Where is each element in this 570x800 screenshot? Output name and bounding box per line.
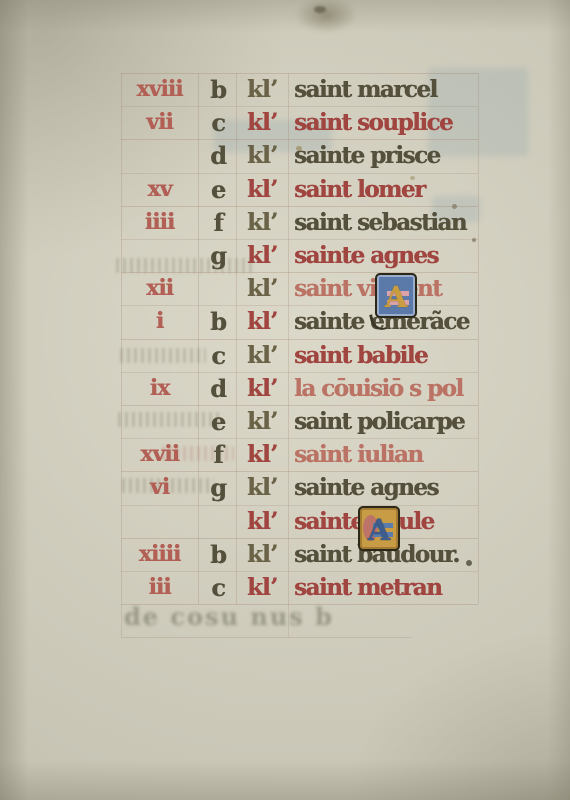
- calendar-row: d klʼ sainte prisce: [0, 139, 570, 173]
- calendar-row: iiii f klʼ saint sebastian: [0, 206, 570, 240]
- kalends-abbreviation: klʼ: [247, 505, 277, 538]
- dominical-letter: c: [198, 106, 238, 139]
- golden-number: vi: [121, 471, 198, 504]
- dominical-letter: f: [198, 206, 238, 239]
- kalends-abbreviation: klʼ: [247, 139, 277, 172]
- kalends-abbreviation: klʼ: [247, 272, 277, 305]
- golden-number: xviii: [121, 73, 198, 106]
- calendar-row: ix d klʼ la cōuisiō s pol: [0, 372, 570, 406]
- kalends-abbreviation: klʼ: [247, 372, 277, 405]
- illuminated-initial: A: [375, 273, 417, 318]
- golden-number: xiiii: [121, 538, 198, 571]
- dominical-letter: e: [198, 173, 238, 206]
- stain-dot-top: [314, 6, 326, 13]
- feast-name: saint souplice: [294, 106, 452, 139]
- feast-name: saint policarpe: [294, 405, 464, 438]
- feast-name: saint metran: [294, 571, 441, 604]
- calendar-row: xiiii b klʼ saint baudour.: [0, 538, 570, 572]
- feast-name: sainte prisce: [294, 139, 440, 172]
- calendar-row: c klʼ saint babile: [0, 339, 570, 373]
- kalends-abbreviation: klʼ: [247, 471, 277, 504]
- kalends-abbreviation: klʼ: [247, 305, 277, 338]
- calendar-row: iii c klʼ saint metran: [0, 571, 570, 605]
- feast-name: saint babile: [294, 339, 427, 372]
- calendar-row: A klʼ sainte paule: [0, 505, 570, 539]
- kalends-abbreviation: klʼ: [247, 405, 277, 438]
- dominical-letter: c: [198, 571, 238, 604]
- feast-name: saint sebastian: [294, 206, 466, 239]
- dominical-letter: d: [198, 139, 238, 172]
- kalends-abbreviation: klʼ: [247, 106, 277, 139]
- feast-name: sainte agnes: [294, 471, 438, 504]
- kalends-abbreviation: klʼ: [247, 571, 277, 604]
- feast-name: sainte agnes: [294, 239, 438, 272]
- feast-name: la cōuisiō s pol: [294, 372, 463, 405]
- kalends-abbreviation: klʼ: [247, 538, 277, 571]
- dominical-letter: g: [198, 471, 238, 504]
- golden-number: iiii: [121, 206, 198, 239]
- golden-number: xv: [121, 173, 198, 206]
- golden-number: i: [121, 305, 198, 338]
- golden-number: vii: [121, 106, 198, 139]
- stain-smudge-top: [283, 0, 369, 40]
- golden-number: ix: [121, 372, 198, 405]
- kalends-abbreviation: klʼ: [247, 438, 277, 471]
- calendar-row: vi g klʼ sainte agnes: [0, 471, 570, 505]
- manuscript-page: xviii b klʼ saint marcel vii c klʼ saint…: [0, 0, 570, 800]
- calendar-row: g klʼ sainte agnes: [0, 239, 570, 273]
- dominical-letter: e: [198, 405, 238, 438]
- dominical-letter: b: [198, 538, 238, 571]
- calendar-row: i b klʼ sainte emerãce: [0, 305, 570, 339]
- calendar-row: xv e klʼ saint lomer: [0, 173, 570, 207]
- kalends-abbreviation: klʼ: [247, 206, 277, 239]
- dominical-letter: d: [198, 372, 238, 405]
- show-through-text: de cosu nus b: [124, 602, 424, 631]
- kalends-abbreviation: klʼ: [247, 173, 277, 206]
- calendar-row: e klʼ saint policarpe: [0, 405, 570, 439]
- feast-name: saint marcel: [294, 73, 437, 106]
- kalends-abbreviation: klʼ: [247, 73, 277, 106]
- dominical-letter: c: [198, 339, 238, 372]
- dominical-letter: b: [198, 73, 238, 106]
- ruled-line: [121, 604, 122, 637]
- golden-number: xii: [121, 272, 198, 305]
- dominical-letter: b: [198, 305, 238, 338]
- kalends-abbreviation: klʼ: [247, 339, 277, 372]
- calendar-row: xvii f klʼ saint iulian: [0, 438, 570, 472]
- golden-number: xvii: [121, 438, 198, 471]
- calendar-row: xviii b klʼ saint marcel: [0, 73, 570, 107]
- golden-number: iii: [121, 571, 198, 604]
- dominical-letter: f: [198, 438, 238, 471]
- calendar-row: xii A klʼ saint vincent: [0, 272, 570, 306]
- feast-name: saint iulian: [294, 438, 423, 471]
- calendar-row: vii c klʼ saint souplice: [0, 106, 570, 140]
- kalends-abbreviation: klʼ: [247, 239, 277, 272]
- feast-name: saint lomer: [294, 173, 425, 206]
- dominical-letter: g: [198, 239, 238, 272]
- ruled-line: [121, 637, 412, 638]
- feast-name: saint vincent: [294, 272, 441, 305]
- illuminated-initial: A: [358, 506, 400, 551]
